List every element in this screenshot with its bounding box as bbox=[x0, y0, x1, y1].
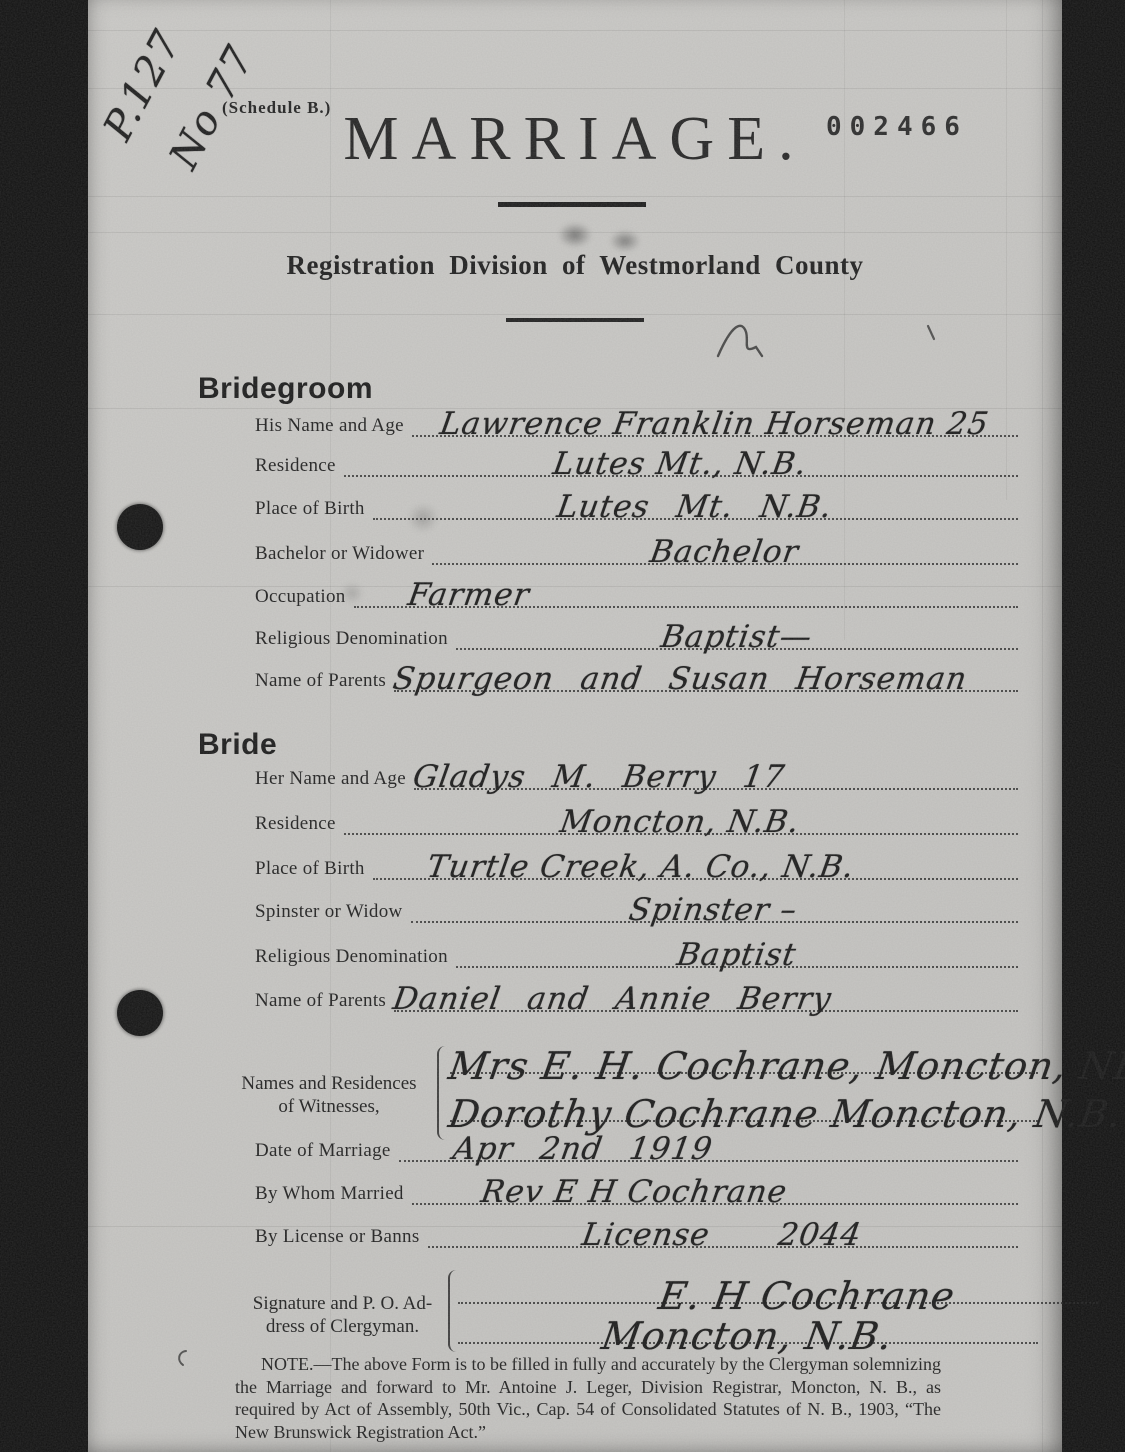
divider-rule bbox=[498, 202, 646, 207]
form-field-row: Place of Birth Turtle Creek, A. Co., N.B… bbox=[255, 850, 1018, 880]
field-label: Her Name and Age bbox=[255, 769, 414, 790]
field-value-handwritten: Lawrence Franklin Horseman 25 bbox=[437, 409, 990, 440]
form-note: NOTE.—The above Form is to be filled in … bbox=[235, 1353, 941, 1444]
form-field-row: Religious Denomination Baptist bbox=[255, 938, 1018, 968]
field-value-handwritten: License 2044 bbox=[580, 1220, 864, 1251]
field-value-handwritten: Spurgeon and Susan Horseman bbox=[391, 664, 970, 695]
field-label: By License or Banns bbox=[255, 1227, 428, 1248]
dotted-fill-line: Farmer bbox=[354, 575, 1018, 608]
witnesses-label-line1: Names and Residences bbox=[241, 1073, 416, 1094]
hole-punch bbox=[117, 990, 163, 1036]
brace-mark bbox=[448, 1270, 457, 1352]
dotted-fill-line: Gladys M. Berry 17 bbox=[414, 757, 1018, 790]
form-field-row: By License or Banns License 2044 bbox=[255, 1218, 1018, 1248]
dotted-fill-line: E. H Cochrane bbox=[458, 1272, 1098, 1304]
pen-hook-mark bbox=[174, 1348, 190, 1368]
form-field-row: Date of Marriage Apr 2nd 1919 bbox=[255, 1132, 1018, 1162]
form-field-row: Place of Birth Lutes Mt. N.B. bbox=[255, 490, 1018, 520]
form-field-row: Name of Parents Daniel and Annie Berry bbox=[255, 982, 1018, 1012]
field-label: Name of Parents bbox=[255, 991, 394, 1012]
field-value-handwritten: Baptist— bbox=[658, 622, 814, 653]
field-value-handwritten: Bachelor bbox=[648, 537, 801, 568]
witnesses-label-line2: of Witnesses, bbox=[278, 1096, 379, 1117]
dotted-fill-line: Turtle Creek, A. Co., N.B. bbox=[373, 847, 1018, 880]
dotted-fill-line: Daniel and Annie Berry bbox=[394, 979, 1018, 1012]
form-field-row: Occupation Farmer bbox=[255, 578, 1018, 608]
dotted-fill-line: Lawrence Franklin Horseman 25 bbox=[412, 404, 1018, 437]
dotted-fill-line: Bachelor bbox=[432, 532, 1018, 565]
field-label: Place of Birth bbox=[255, 499, 373, 520]
dotted-fill-line: Spurgeon and Susan Horseman bbox=[394, 659, 1018, 692]
field-value-handwritten: Daniel and Annie Berry bbox=[391, 984, 834, 1015]
brace-mark bbox=[437, 1046, 446, 1140]
registration-division-heading: Registration Division of Westmorland Cou… bbox=[88, 250, 1062, 281]
field-label: Date of Marriage bbox=[255, 1141, 399, 1162]
section-heading-bridegroom: Bridegroom bbox=[198, 372, 373, 406]
dotted-fill-line: Baptist bbox=[456, 935, 1018, 968]
dotted-fill-line: License 2044 bbox=[428, 1215, 1018, 1248]
field-value-handwritten: Baptist bbox=[674, 940, 798, 971]
section-heading-bride: Bride bbox=[198, 728, 277, 762]
pen-tick-mark bbox=[924, 324, 938, 342]
dotted-fill-line: Apr 2nd 1919 bbox=[399, 1129, 1018, 1162]
clergyman-address-handwritten: Moncton, N.B. bbox=[599, 1317, 895, 1355]
field-label: His Name and Age bbox=[255, 416, 412, 437]
scanned-marriage-certificate: P.127 No 77 (Schedule B.) MARRIAGE. 0024… bbox=[0, 0, 1125, 1452]
field-label: Residence bbox=[255, 456, 344, 477]
field-label: Place of Birth bbox=[255, 859, 373, 880]
witness-entry-handwritten: Dorothy Cochrane Moncton, N.B. bbox=[446, 1095, 1125, 1133]
scan-line bbox=[88, 30, 1062, 31]
dotted-fill-line: Rev E H Cochrane bbox=[412, 1172, 1018, 1205]
field-label: Name of Parents bbox=[255, 671, 394, 692]
form-field-row: Name of Parents Spurgeon and Susan Horse… bbox=[255, 662, 1018, 692]
clergyman-label: Signature and P. O. Ad- dress of Clergym… bbox=[240, 1292, 445, 1338]
form-field-row: Spinster or Widow Spinster – bbox=[255, 893, 1018, 923]
form-field-row: Residence Lutes Mt., N.B. bbox=[255, 447, 1018, 477]
field-label: Residence bbox=[255, 814, 344, 835]
field-label: By Whom Married bbox=[255, 1184, 412, 1205]
field-label: Religious Denomination bbox=[255, 947, 456, 968]
divider-rule bbox=[506, 318, 644, 322]
scan-line bbox=[88, 314, 1062, 315]
clergyman-label-line1: Signature and P. O. Ad- bbox=[253, 1293, 432, 1314]
form-field-row: By Whom Married Rev E H Cochrane bbox=[255, 1175, 1018, 1205]
ink-smudge bbox=[552, 218, 598, 252]
pen-squiggle-mark bbox=[712, 316, 774, 364]
form-field-row: Religious Denomination Baptist— bbox=[255, 620, 1018, 650]
field-label: Bachelor or Widower bbox=[255, 544, 432, 565]
field-value-handwritten: Turtle Creek, A. Co., N.B. bbox=[424, 852, 856, 883]
dotted-fill-line: Mrs E. H. Cochrane, Moncton, NB bbox=[450, 1042, 1038, 1074]
dotted-fill-line: Moncton, N.B. bbox=[458, 1312, 1038, 1344]
field-label: Spinster or Widow bbox=[255, 902, 411, 923]
form-field-row: Bachelor or Widower Bachelor bbox=[255, 535, 1018, 565]
form-field-row: Residence Moncton, N.B. bbox=[255, 805, 1018, 835]
field-value-handwritten: Lutes Mt., N.B. bbox=[551, 449, 809, 480]
scan-line bbox=[88, 196, 1062, 197]
dotted-fill-line: Lutes Mt. N.B. bbox=[373, 487, 1018, 520]
hole-punch bbox=[117, 504, 163, 550]
field-value-handwritten: Spinster – bbox=[627, 895, 800, 926]
field-value-handwritten: Gladys M. Berry 17 bbox=[411, 762, 787, 793]
field-value-handwritten: Farmer bbox=[405, 580, 531, 611]
field-value-handwritten: Lutes Mt. N.B. bbox=[555, 492, 835, 523]
field-value-handwritten: Moncton, N.B. bbox=[558, 807, 802, 838]
scan-line bbox=[1042, 0, 1043, 1452]
dotted-fill-line: Spinster – bbox=[411, 890, 1018, 923]
field-label: Religious Denomination bbox=[255, 629, 456, 650]
dotted-fill-line: Moncton, N.B. bbox=[344, 802, 1018, 835]
clergyman-signature-handwritten: E. H Cochrane bbox=[656, 1277, 958, 1315]
field-value-handwritten: Rev E H Cochrane bbox=[479, 1177, 790, 1208]
form-field-row: Her Name and Age Gladys M. Berry 17 bbox=[255, 760, 1018, 790]
witness-entry-handwritten: Mrs E. H. Cochrane, Moncton, NB bbox=[446, 1047, 1125, 1085]
clergyman-label-line2: dress of Clergyman. bbox=[266, 1316, 419, 1337]
form-field-row: His Name and Age Lawrence Franklin Horse… bbox=[255, 407, 1018, 437]
field-label: Occupation bbox=[255, 587, 354, 608]
field-value-handwritten: Apr 2nd 1919 bbox=[450, 1134, 714, 1165]
witnesses-label: Names and Residences of Witnesses, bbox=[228, 1072, 430, 1118]
dotted-fill-line: Dorothy Cochrane Moncton, N.B. bbox=[450, 1090, 1038, 1122]
dotted-fill-line: Lutes Mt., N.B. bbox=[344, 444, 1018, 477]
serial-number-stamp: 002466 bbox=[826, 112, 968, 142]
dotted-fill-line: Baptist— bbox=[456, 617, 1018, 650]
